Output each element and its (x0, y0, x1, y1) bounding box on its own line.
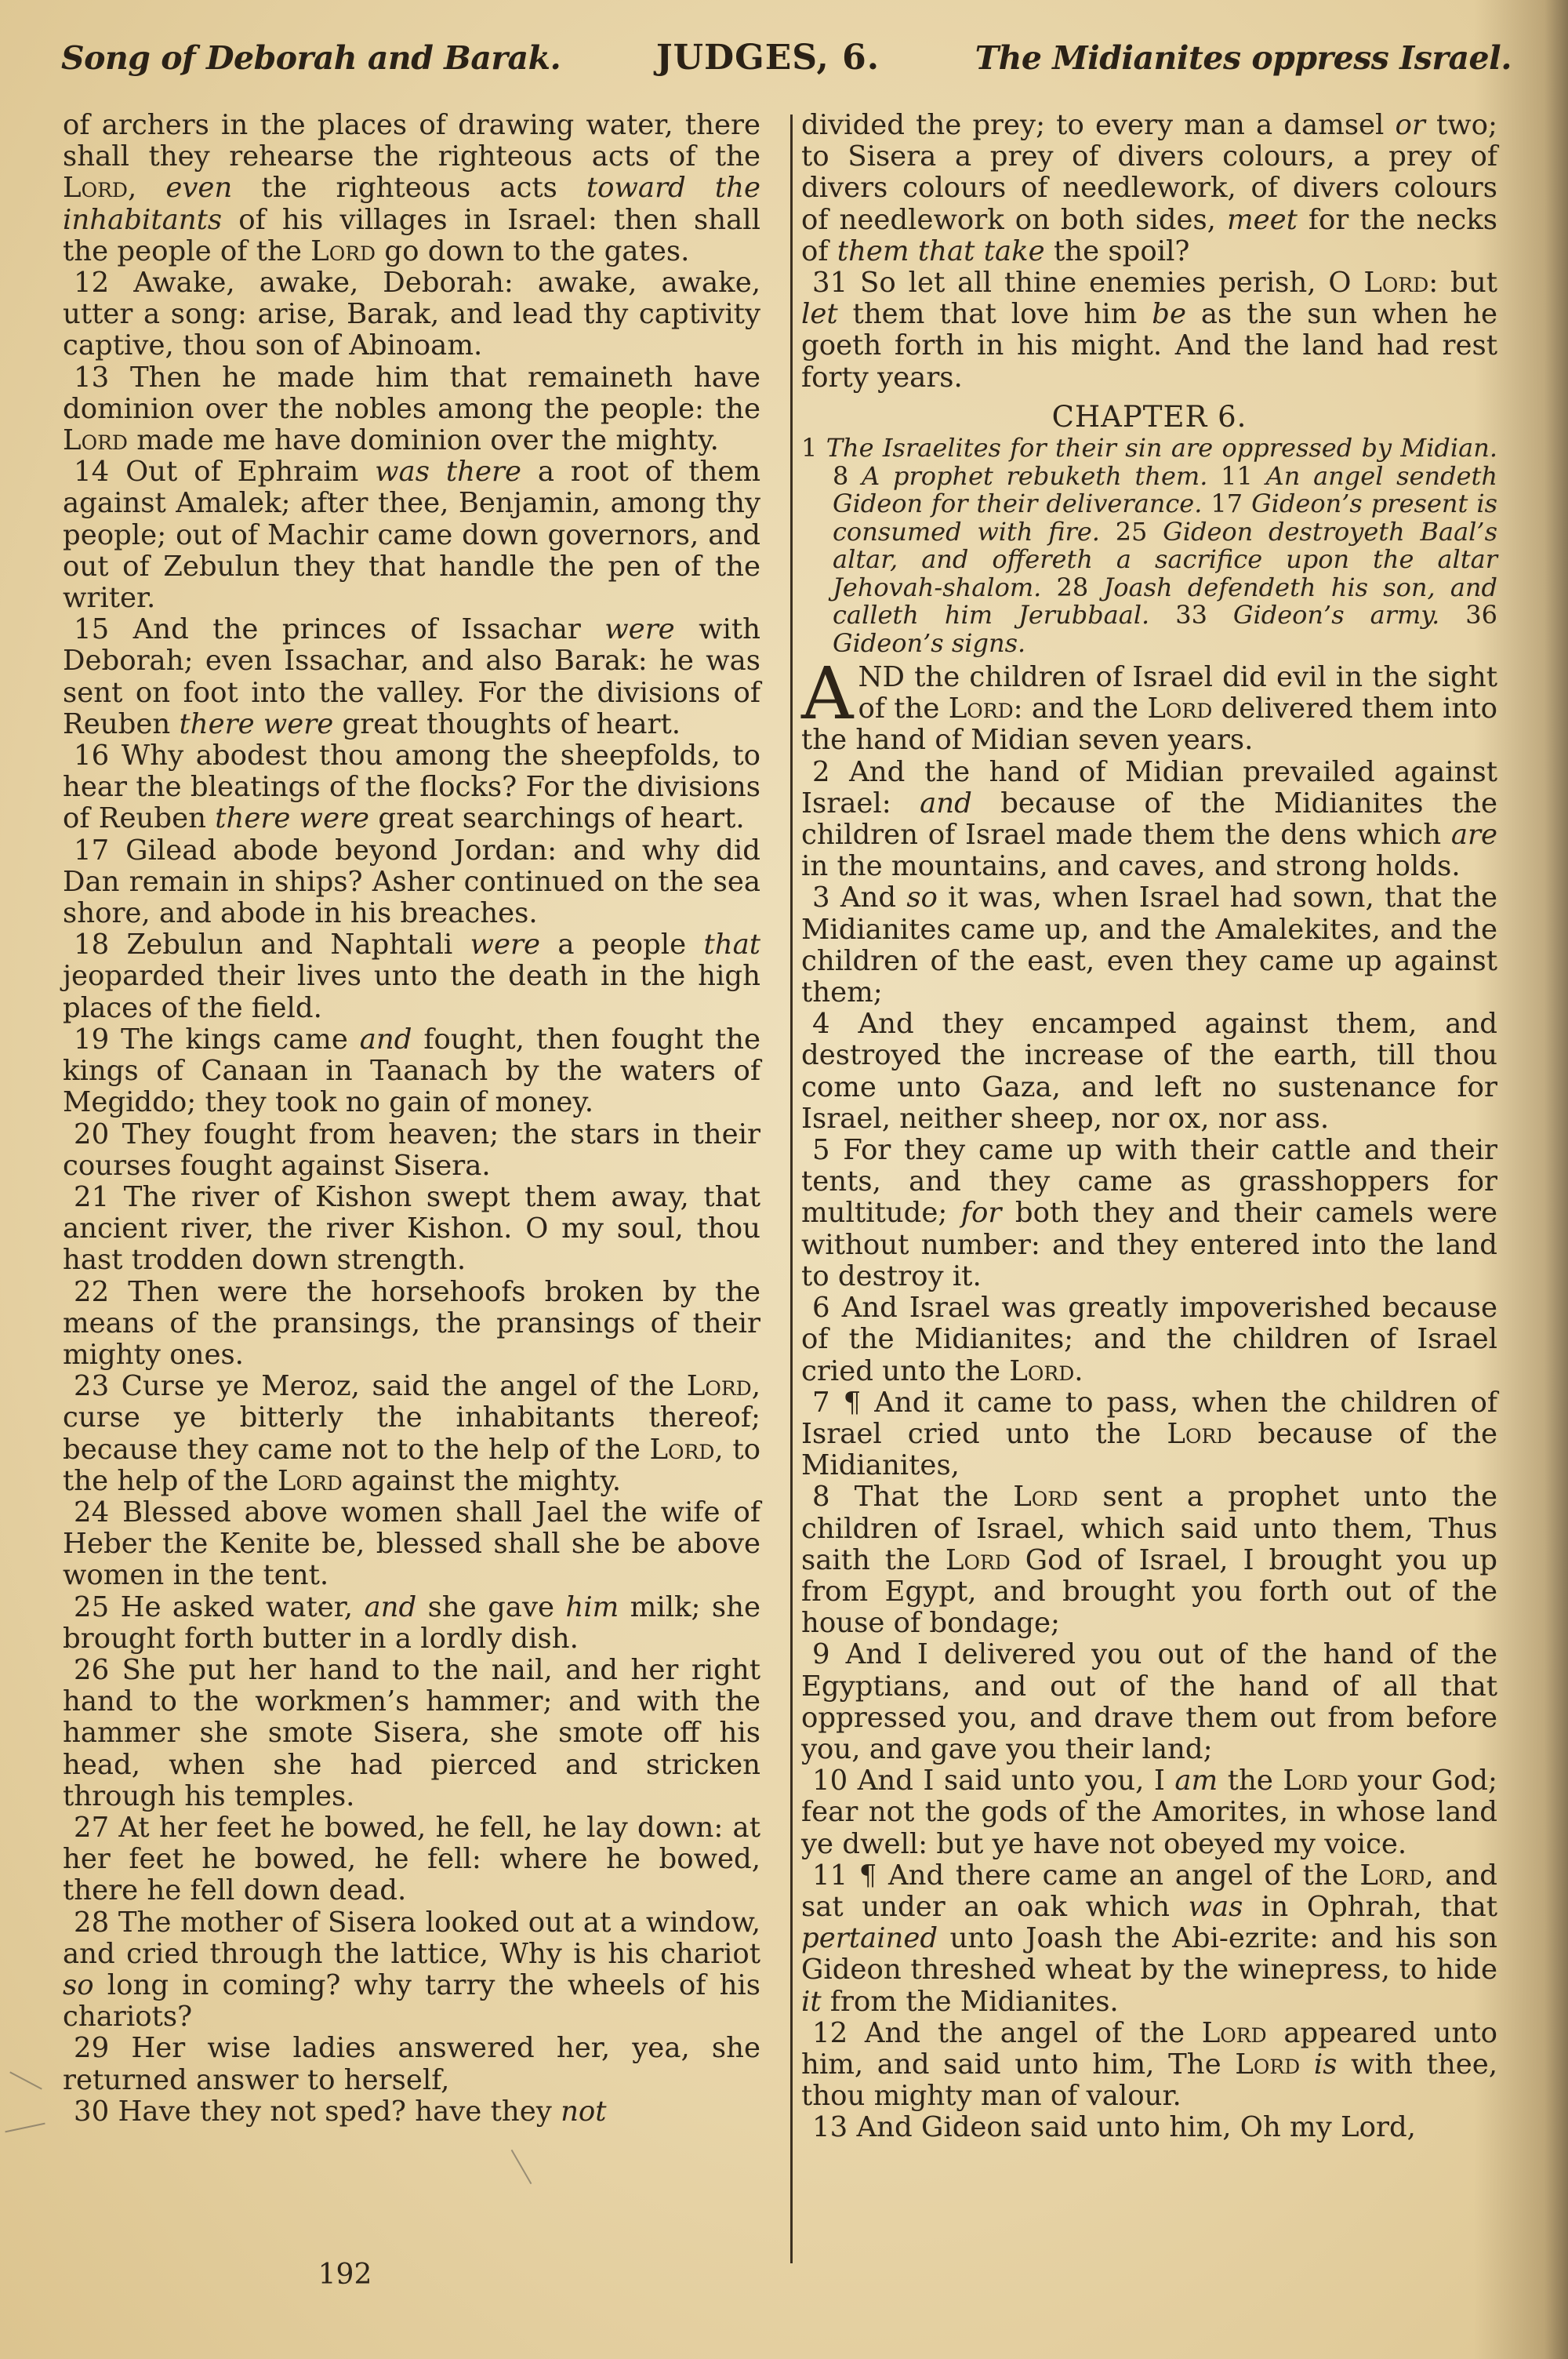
verse: 29 Her wise ladies answered her, yea, sh… (63, 2033, 760, 2095)
verse-text: them that love him (838, 298, 1152, 330)
verse-text: great searchings of heart. (369, 802, 745, 834)
verse-text: in the mountains, and caves, and strong … (801, 850, 1461, 882)
verse: 27 At her feet he bowed, he fell, he lay… (63, 1812, 760, 1907)
verse-number: 16 (74, 740, 122, 772)
pencil-mark (5, 2123, 45, 2133)
verse: 14 Out of Ephraim was there a root of th… (63, 456, 760, 614)
italic-supplied-word: were (604, 613, 674, 645)
verse-number: 17 (74, 834, 125, 867)
verse-text: jeoparded their lives unto the death in … (63, 960, 760, 1023)
summary-text: The Israelites for their sin are oppress… (826, 433, 1497, 463)
verse: 16 Why abodest thou among the sheepfolds… (63, 740, 760, 835)
small-caps-lord: Lord (949, 692, 1014, 725)
verse-number: 26 (74, 1654, 122, 1686)
summary-verse-ref: 17 (1202, 489, 1251, 518)
verse-text: Have they not sped? have they (118, 2095, 561, 2128)
drop-cap: A (801, 663, 853, 725)
verse-number: 30 (74, 2095, 118, 2128)
verse: 22 Then were the horsehoofs broken by th… (63, 1277, 760, 1372)
verse-text: And Gideon said unto him, Oh my Lord, (856, 2111, 1416, 2143)
verse-text: : and the (1014, 692, 1148, 725)
verse-number: 7 ¶ (812, 1387, 874, 1419)
verse-text: made me have dominion over the mighty. (128, 424, 719, 456)
verse: 6 And Israel was greatly impoverished be… (801, 1292, 1497, 1387)
verse-number: 22 (74, 1276, 128, 1308)
small-caps-lord: Lord (1009, 1355, 1074, 1387)
verse-number: 31 (812, 267, 860, 299)
italic-supplied-word: was there (375, 456, 521, 488)
small-caps-lord: Lord (946, 1544, 1011, 1576)
italic-supplied-word: not (561, 2095, 607, 2128)
verse-text: go down to the gates. (376, 235, 689, 267)
verse: 23 Curse ye Meroz, said the angel of the… (63, 1371, 760, 1497)
verse-number: 9 (812, 1638, 846, 1670)
verse: 12 Awake, awake, Deborah: awake, awake, … (63, 267, 760, 362)
verse-number: 11 ¶ (812, 1859, 888, 1892)
small-caps-lord: Lord (1147, 692, 1212, 725)
italic-supplied-word: it (801, 1986, 822, 2018)
book-page: Song of Deborah and Barak. JUDGES, 6. Th… (0, 0, 1568, 2359)
verse-text: The mother of Sisera looked out at a win… (63, 1906, 760, 1970)
verse-text: And I said unto you, I (858, 1765, 1175, 1797)
verse-text: Gilead abode beyond Jordan: and why did … (63, 834, 760, 929)
verse-text: Awake, awake, Deborah: awake, awake, utt… (63, 267, 760, 362)
verse-text: a people (540, 929, 703, 961)
verse: 9 And I delivered you out of the hand of… (801, 1639, 1497, 1765)
verse-text: She put her hand to the nail, and her ri… (63, 1654, 760, 1812)
small-caps-lord: Lord (1167, 1418, 1232, 1450)
small-caps-lord: Lord (687, 1370, 752, 1402)
verse: 3 And so it was, when Israel had sown, t… (801, 882, 1497, 1009)
verse-text: divided the prey; to every man a damsel (801, 109, 1396, 141)
verse-number: 14 (74, 456, 125, 488)
verse: 2 And the hand of Midian prevailed again… (801, 757, 1497, 883)
italic-supplied-word: were (470, 929, 540, 961)
italic-supplied-word: and (364, 1591, 416, 1623)
verse-number: 10 (812, 1765, 858, 1797)
verse-text: the righteous acts (232, 172, 586, 204)
verse: AND the children of Israel did evil in t… (801, 662, 1497, 757)
verse-text: He asked water, (121, 1591, 365, 1623)
chapter-summary: 1 The Israelites for their sin are oppre… (801, 434, 1497, 657)
italic-supplied-word: even (165, 172, 232, 204)
summary-verse-ref: 11 (1207, 461, 1265, 491)
verse-number: 28 (74, 1906, 118, 1939)
italic-supplied-word: be (1152, 298, 1186, 330)
verse: 8 That the Lord sent a prophet unto the … (801, 1481, 1497, 1639)
verse-text: , (128, 172, 165, 204)
small-caps-lord: Lord (1235, 2048, 1300, 2081)
italic-supplied-word: so (63, 1969, 94, 2001)
summary-text: A prophet rebuketh them. (862, 461, 1207, 491)
verse-number: 4 (812, 1008, 858, 1040)
small-caps-lord: Lord (1363, 267, 1428, 299)
verse-text: The river of Kishon swept them away, tha… (63, 1181, 760, 1276)
verse-text: So let all thine enemies perish, O (860, 267, 1363, 299)
italic-supplied-word: and (360, 1023, 412, 1056)
verse: 21 The river of Kishon swept them away, … (63, 1182, 760, 1277)
italic-supplied-word: are (1451, 819, 1497, 851)
verse: 31 So let all thine enemies perish, O Lo… (801, 267, 1497, 394)
verse-text (1300, 2048, 1314, 2081)
italic-supplied-word: meet (1227, 204, 1298, 236)
verse-number: 21 (74, 1181, 124, 1213)
verse: 15 And the princes of Issachar were with… (63, 614, 760, 740)
italic-supplied-word: there were (215, 802, 369, 834)
verse: 30 Have they not sped? have they not (63, 2096, 760, 2128)
column-divider (790, 114, 793, 2263)
small-caps-lord: Lord (63, 172, 128, 204)
verse-number: 23 (74, 1370, 122, 1402)
italic-supplied-word: is (1314, 2048, 1338, 2081)
verse-text: in Ophrah, that (1243, 1891, 1497, 1923)
pencil-mark (511, 2150, 532, 2184)
verse-text: she gave (416, 1591, 565, 1623)
verse-number: 15 (74, 613, 133, 645)
verse-number: 29 (74, 2032, 131, 2064)
verse-text: And there came an angel of the (888, 1859, 1359, 1892)
verse: 7 ¶ And it came to pass, when the childr… (801, 1387, 1497, 1482)
small-caps-lord: Lord (1202, 2017, 1267, 2049)
summary-verse-ref: 25 (1100, 517, 1163, 547)
verse-text: And (840, 881, 906, 914)
header-right-title: The Midianites oppress Israel. (975, 39, 1512, 77)
verse-text: Zebulun and Naphtali (127, 929, 470, 961)
verse: 4 And they encamped against them, and de… (801, 1009, 1497, 1135)
verse-text: Her wise ladies answered her, yea, she r… (63, 2032, 760, 2095)
verse-number: 12 (74, 267, 133, 299)
pencil-mark (9, 2071, 42, 2089)
italic-supplied-word: so (906, 881, 938, 914)
summary-verse-ref: 36 (1439, 600, 1497, 630)
verse-number: 3 (812, 881, 840, 914)
summary-verse-ref: 1 (801, 433, 826, 463)
italic-supplied-word: and (920, 787, 972, 820)
small-caps-lord: Lord (1013, 1481, 1078, 1513)
summary-text: Gideon’s signs. (833, 628, 1025, 658)
verse-number: 27 (74, 1812, 118, 1844)
header-book-chapter: JUDGES, 6. (656, 38, 880, 78)
chapter-verses: AND the children of Israel did evil in t… (801, 662, 1497, 2144)
verse-text: At her feet he bowed, he fell, he lay do… (63, 1812, 760, 1906)
summary-verse-ref: 33 (1149, 600, 1233, 630)
verse-text: great thoughts of heart. (333, 708, 681, 740)
verse-text: And Israel was greatly impoverished beca… (801, 1292, 1497, 1387)
verse: 5 For they came up with their cattle and… (801, 1135, 1497, 1292)
italic-supplied-word: was (1189, 1891, 1243, 1923)
verse-text: Blessed above women shall Jael the wife … (63, 1496, 760, 1591)
small-caps-lord: Lord (1359, 1859, 1425, 1892)
verse-number: 2 (812, 756, 849, 788)
page-number: 192 (298, 2259, 392, 2291)
verse: 12 And the angel of the Lord appeared un… (801, 2018, 1497, 2113)
chapter-title: CHAPTER 6. (801, 402, 1497, 433)
verse: 24 Blessed above women shall Jael the wi… (63, 1497, 760, 1592)
summary-verse-ref: 8 (833, 461, 862, 491)
verse-text: : but (1428, 267, 1497, 299)
right-column: divided the prey; to every man a damsel … (801, 110, 1497, 2144)
italic-supplied-word: him (565, 1591, 619, 1623)
verse: divided the prey; to every man a damsel … (801, 110, 1497, 267)
small-caps-lord: Lord (1283, 1765, 1348, 1797)
verse: 19 The kings came and fought, then fough… (63, 1024, 760, 1119)
verse-number: 20 (74, 1118, 122, 1150)
right-column-continuation: divided the prey; to every man a damsel … (801, 110, 1497, 394)
verse-text: They fought from heaven; the stars in th… (63, 1118, 760, 1182)
verse-text: the (1218, 1765, 1283, 1797)
verse-text: the spoil? (1045, 235, 1190, 267)
verse: 13 Then he made him that remaineth have … (63, 362, 760, 457)
verse-text: . (1074, 1355, 1083, 1387)
small-caps-lord: Lord (278, 1465, 343, 1497)
verse-number: 6 (812, 1292, 842, 1324)
summary-verse-ref: 28 (1041, 572, 1103, 602)
small-caps-lord: Lord (63, 424, 128, 456)
verse-number: 13 (74, 362, 130, 394)
verse: 10 And I said unto you, I am the Lord yo… (801, 1765, 1497, 1860)
verse-text: Curse ye Meroz, said the angel of the (122, 1370, 687, 1402)
verse-text: And I delivered you out of the hand of t… (801, 1638, 1497, 1765)
small-caps-lord: Lord (649, 1434, 714, 1466)
italic-supplied-word: pertained (801, 1922, 938, 1954)
verse-number: 12 (812, 2017, 865, 2049)
italic-supplied-word: am (1174, 1765, 1218, 1797)
verse-number: 19 (74, 1023, 121, 1056)
verse: of archers in the places of drawing wate… (63, 110, 760, 267)
verse-text: And the angel of the (865, 2017, 1202, 2049)
italic-supplied-word: or (1396, 109, 1425, 141)
header-left-title: Song of Deborah and Barak. (61, 39, 561, 77)
verse-text: And they encamped against them, and dest… (801, 1008, 1497, 1135)
left-column: of archers in the places of drawing wate… (63, 110, 760, 2128)
italic-supplied-word: that (703, 929, 760, 961)
verse-number: 5 (812, 1134, 843, 1166)
verse-number: 24 (74, 1496, 122, 1528)
running-header: Song of Deborah and Barak. JUDGES, 6. Th… (61, 38, 1512, 93)
italic-supplied-word: for (961, 1197, 1001, 1229)
verse: 28 The mother of Sisera looked out at a … (63, 1907, 760, 2034)
verse: 18 Zebulun and Naphtali were a people th… (63, 929, 760, 1024)
verse-text: Out of Ephraim (125, 456, 375, 488)
verse: 20 They fought from heaven; the stars in… (63, 1119, 760, 1182)
verse: 11 ¶ And there came an angel of the Lord… (801, 1860, 1497, 2018)
verse-text: long in coming? why tarry the wheels of … (63, 1969, 760, 2033)
verse-number: 18 (74, 929, 127, 961)
verse-text: And the princes of Issachar (133, 613, 605, 645)
italic-supplied-word: them that take (837, 235, 1045, 267)
verse: 26 She put her hand to the nail, and her… (63, 1655, 760, 1812)
verse-text: Then he made him that remaineth have dom… (63, 362, 760, 425)
verse-number: 25 (74, 1591, 121, 1623)
verse-text: of archers in the places of drawing wate… (63, 109, 760, 173)
verse-number: 8 (812, 1481, 855, 1513)
verse: 13 And Gideon said unto him, Oh my Lord, (801, 2112, 1497, 2143)
verse-text: That the (855, 1481, 1013, 1513)
italic-supplied-word: there were (179, 708, 333, 740)
verse: 17 Gilead abode beyond Jordan: and why d… (63, 835, 760, 930)
summary-text: Gideon’s army. (1233, 600, 1439, 630)
small-caps-lord: Lord (310, 235, 376, 267)
verse-text: from the Midianites. (822, 1986, 1119, 2018)
verse-text: against the mighty. (343, 1465, 621, 1497)
italic-supplied-word: let (801, 298, 838, 330)
verse-number: 13 (812, 2111, 856, 2143)
verse: 25 He asked water, and she gave him milk… (63, 1592, 760, 1655)
verse-text: Then were the horsehoofs broken by the m… (63, 1276, 760, 1371)
verse-text: The kings came (121, 1023, 360, 1056)
